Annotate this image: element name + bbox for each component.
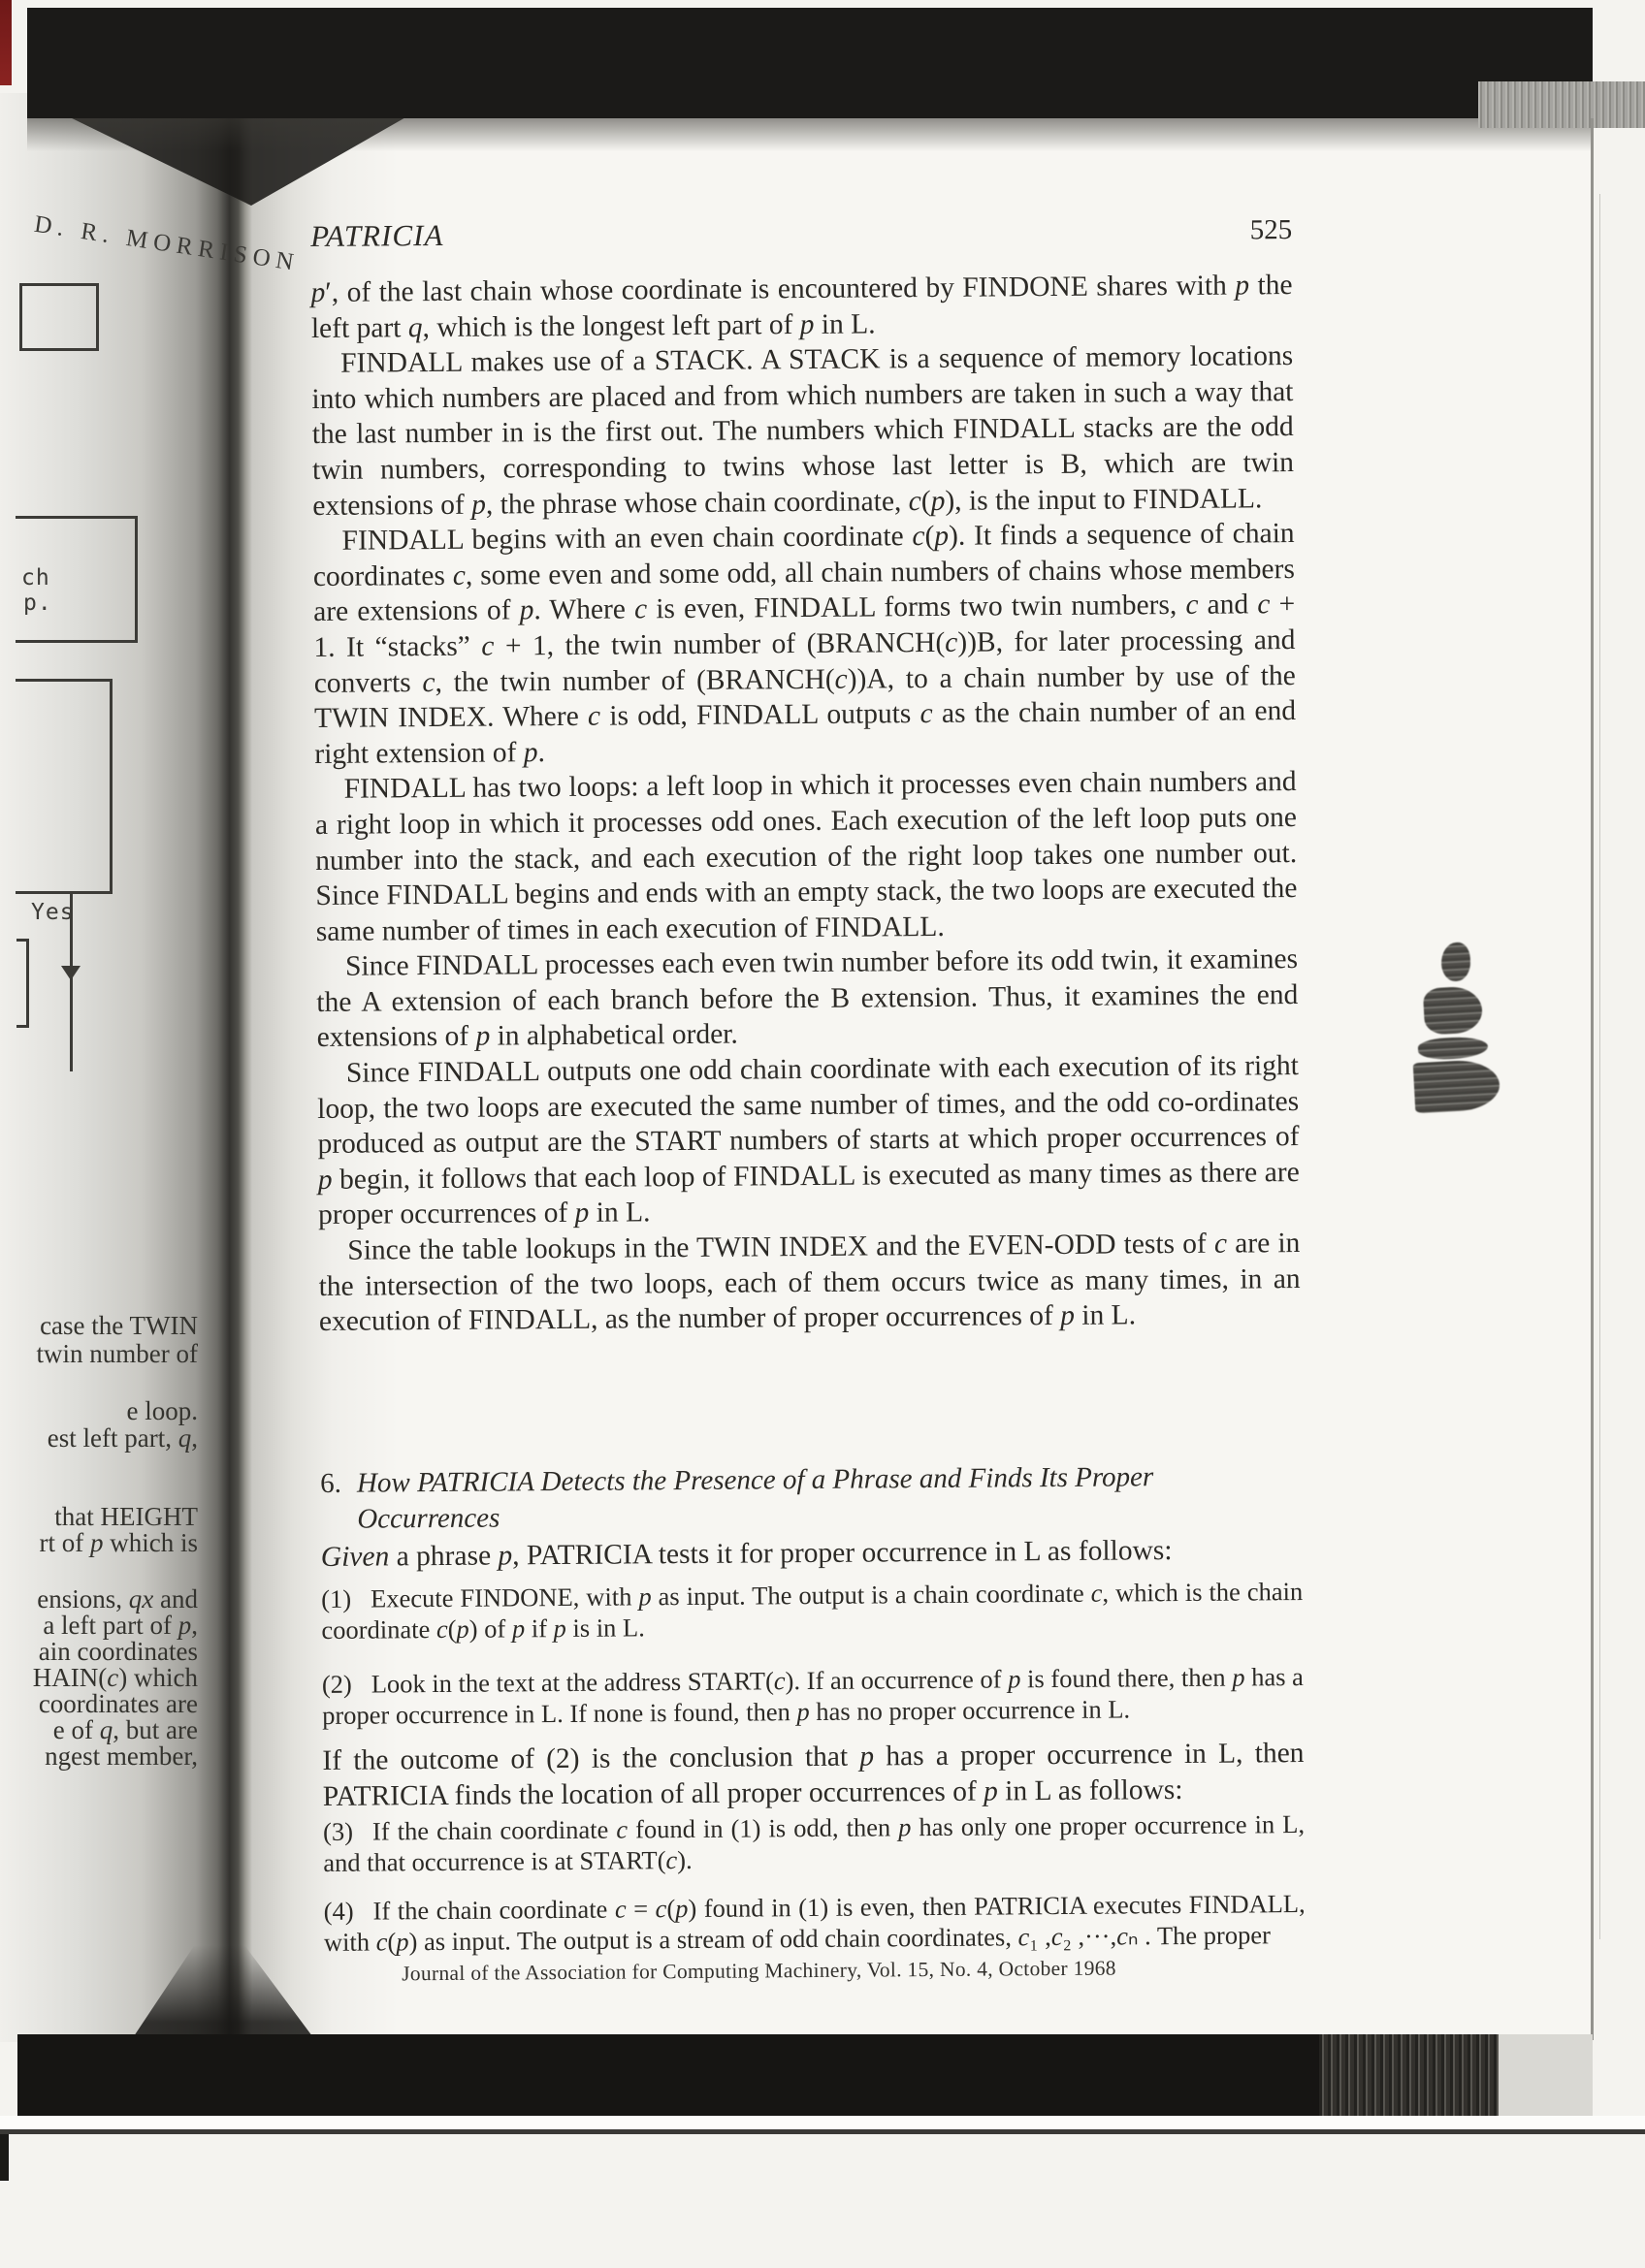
- connecting-paragraph: If the outcome of (2) is the conclusion …: [322, 1736, 1305, 1814]
- flowchart-box-fragment: [16, 679, 113, 894]
- scanner-bottom-margin: [0, 2134, 1645, 2268]
- top-bar-soft-shadow: [27, 118, 1593, 151]
- item-label: (2): [322, 1670, 352, 1701]
- flowchart-arrow-line: [70, 894, 73, 1071]
- flowchart-box-label: ch: [21, 565, 50, 591]
- left-page-text-fragment: rt of p which is: [40, 1528, 198, 1558]
- item-label: (4): [324, 1897, 354, 1928]
- flowchart-bracket: [26, 939, 29, 1028]
- section-heading: 6. How PATRICIA Detects the Presence of …: [320, 1458, 1272, 1538]
- running-header-title: PATRICIA: [310, 218, 443, 254]
- numbered-item: (4)If the chain coordinate c = c(p) foun…: [324, 1889, 1306, 1958]
- page-right-edge-line-faint: [1599, 194, 1600, 1939]
- red-cover-edge: [0, 0, 12, 85]
- flowchart-bracket: [16, 1025, 29, 1028]
- section-number: 6.: [320, 1466, 341, 1538]
- left-page-text-fragment: twin number of: [37, 1339, 198, 1369]
- scanner-white-strip: [0, 2116, 1645, 2129]
- book-gutter-shadow: [217, 93, 252, 2042]
- flowchart-bracket: [16, 939, 29, 942]
- flowchart-box-fragment: [19, 283, 99, 351]
- body-paragraph: Since FINDALL outputs one odd chain coor…: [317, 1048, 1300, 1233]
- numbered-item: (3)If the chain coordinate c found in (1…: [323, 1809, 1305, 1878]
- scanned-paper-page: D. R. MORRISON ch p. Yes case the TWIN t…: [0, 0, 1645, 2268]
- flowchart-box-label: p.: [23, 591, 52, 616]
- bottom-right-gap: [1499, 2034, 1593, 2116]
- left-page-text-fragment: est left part, q,: [48, 1423, 198, 1453]
- body-paragraph: FINDALL begins with an even chain coordi…: [312, 516, 1296, 772]
- body-paragraph: p′, of the last chain whose coordinate i…: [310, 268, 1293, 346]
- body-paragraph: FINDALL makes use of a STACK. A STACK is…: [311, 338, 1294, 524]
- left-page-text-fragment: e loop.: [127, 1396, 199, 1426]
- flowchart-yes-label: Yes: [31, 900, 75, 925]
- section-title: How PATRICIA Detects the Presence of a P…: [357, 1458, 1272, 1537]
- item-text: If the chain coordinate c found in (1) i…: [323, 1809, 1305, 1876]
- page-number: 525: [1249, 214, 1292, 246]
- page-fore-edge-texture-top: [1478, 81, 1645, 128]
- flowchart-arrowhead-icon: [61, 966, 81, 980]
- numbered-item: (2)Look in the text at the address START…: [322, 1662, 1304, 1731]
- item-label: (3): [323, 1817, 353, 1848]
- item-label: (1): [321, 1584, 351, 1615]
- scan-top-black-bar: [27, 8, 1593, 118]
- body-text: p′, of the last chain whose coordinate i…: [310, 268, 1301, 1340]
- left-page-text-fragment: ngest member,: [45, 1741, 198, 1772]
- page-fore-edge-texture-bottom: [1319, 2034, 1499, 2116]
- left-page-text-fragment: case the TWIN: [40, 1311, 198, 1341]
- numbered-item: (1)Execute FINDONE, with p as input. The…: [321, 1577, 1303, 1645]
- page-right-edge-line: [1591, 118, 1594, 2040]
- scan-bottom-black-bar: [17, 2034, 1499, 2116]
- body-paragraph: Since the table lookups in the TWIN INDE…: [318, 1226, 1301, 1340]
- item-text: Look in the text at the address START(c)…: [322, 1662, 1304, 1729]
- item-text: If the chain coordinate c = c(p) found i…: [324, 1889, 1306, 1956]
- bottom-left-dark-stripe: [0, 2134, 9, 2181]
- item-text: Execute FINDONE, with p as input. The ou…: [321, 1577, 1303, 1644]
- body-paragraph: Since FINDALL processes each even twin n…: [316, 942, 1299, 1056]
- body-paragraph: FINDALL has two loops: a left loop in wh…: [314, 764, 1297, 949]
